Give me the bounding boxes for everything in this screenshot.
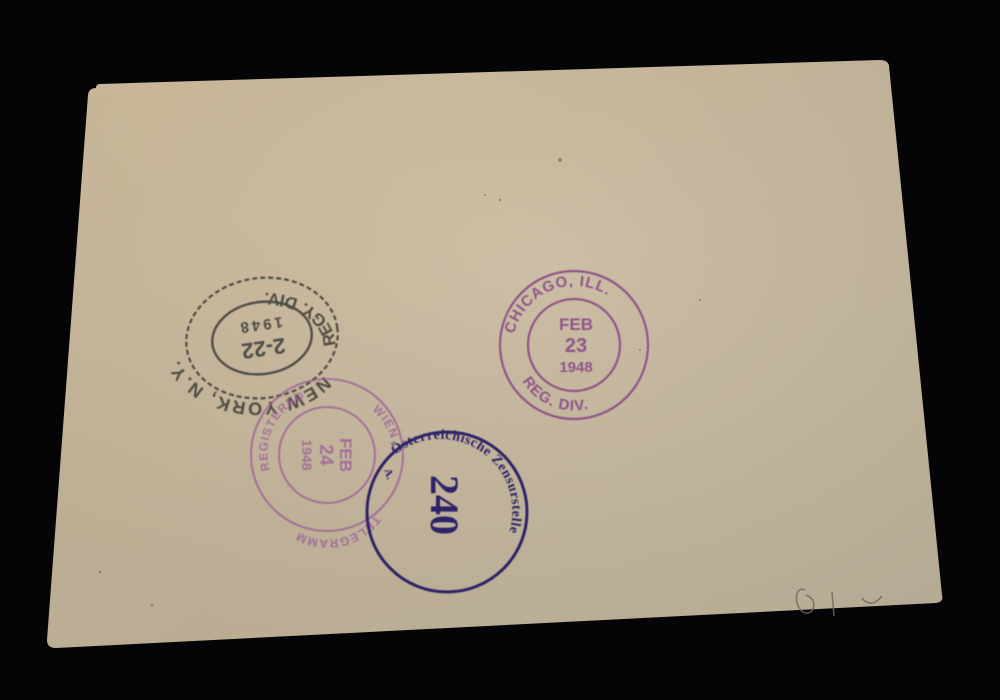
chicago-day: 23 [565,335,587,357]
censor-number: 240 [422,475,467,535]
registered-month: FEB [336,438,355,472]
pencil-note-text: 21- [0,0,2,1]
chicago-year: 1948 [559,359,592,376]
envelope-photo: REGY. DIV. NEW YORK, N.Y. 2-22 1948 CHIC… [0,0,1000,700]
envelope [47,60,942,648]
registered-day: 24 [315,444,336,466]
chicago-month: FEB [559,315,593,334]
registered-year: 1948 [299,439,315,470]
